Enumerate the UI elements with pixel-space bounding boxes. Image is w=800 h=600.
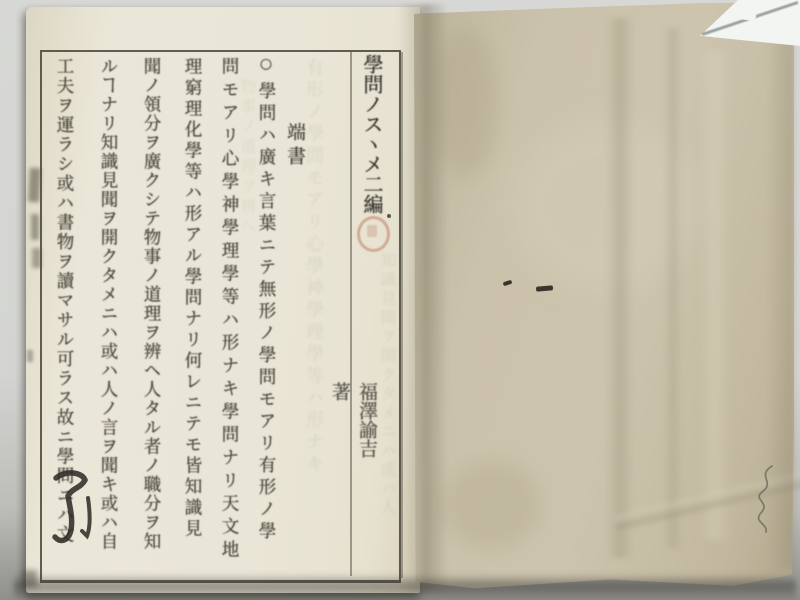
text-column: ルヿナリ知識見聞ヲ開クタメニハ或ハ人ノ言ヲ聞キ或ハ自 — [96, 57, 121, 551]
author-column: 福澤諭吉 著 — [327, 382, 381, 458]
text-column: 聞ノ領分ヲ廣クシテ物事ノ道理ヲ辨ヘ人タル者ノ職分ヲ知 — [139, 57, 164, 551]
author-name: 福澤諭吉 — [354, 382, 381, 458]
pencil-squiggle-mark — [748, 462, 784, 536]
gutter-shadow — [398, 4, 448, 592]
text-column: ○學問ハ廣キ言葉ニテ無形ノ學問モアリ有形ノ學 — [254, 56, 279, 544]
column-text: 學問ハ廣キ言葉ニテ無形ノ學問モアリ有形ノ學 — [256, 82, 276, 544]
book-photo: 有形ノ學問モアリ心學神學理學等ハ形ナキ 知識見聞ヲ開クタメニハ或ハ人 物事ノ道理… — [0, 0, 800, 600]
text-column: 問モアリ心學神學理學等ハ形ナキ學問ナリ天文地 — [217, 57, 242, 563]
ink-smudge — [27, 350, 33, 362]
paper-crease — [606, 18, 634, 558]
bleedthrough-column: 有形ノ學問モアリ心學神學理學等ハ形ナキ — [300, 58, 326, 476]
paper-crease — [700, 50, 730, 540]
ink-speck — [387, 214, 391, 218]
ink-smudge — [31, 214, 39, 240]
book-title: 學問ノスヽメ二編 — [358, 54, 387, 214]
red-seal-stamp — [357, 216, 390, 252]
ink-graffiti-mark — [48, 468, 96, 550]
preface-heading: 端書 — [282, 122, 309, 170]
frame-double-line — [401, 52, 403, 578]
seal-mark — [367, 225, 377, 237]
paragraph-circle-mark: ○ — [258, 56, 274, 77]
ink-smudge — [28, 168, 41, 203]
stain — [442, 460, 542, 550]
author-suffix: 著 — [327, 382, 354, 458]
paper-crease — [664, 28, 682, 548]
ink-smudge — [32, 248, 41, 268]
page-bottom-shadow — [14, 574, 796, 600]
title-column-rule — [350, 52, 352, 576]
text-column: 理窮理化學等ハ形アル學問ナリ何レニテモ皆知識見 — [180, 57, 205, 540]
corner-notch — [736, 0, 759, 21]
